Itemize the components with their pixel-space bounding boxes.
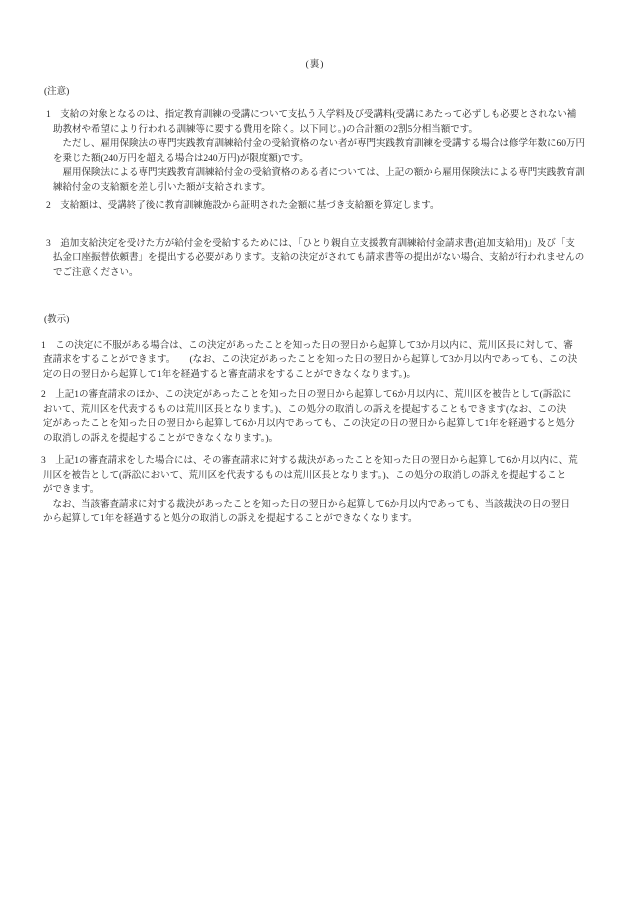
notice-item-1: 1 支給の対象となるのは、指定教育訓練の受講について支払う入学料及び受講料(受講… — [0, 108, 600, 195]
instruction-item-3: 3 上記1の審査請求をした場合には、その審査請求に対する裁決があったことを知った… — [0, 454, 600, 527]
notice-item-3: 3 追加支給決定を受けた方が給付金を受給するためには、「ひとり親自立支援教育訓練… — [0, 237, 600, 281]
notice-item-2: 2 支給額は、受講終了後に教育訓練施設から証明された金額に基づき支給額を算定しま… — [0, 199, 600, 214]
instruction-item-2: 2 上記1の審査請求のほか、この決定があったことを知った日の翌日から起算して6か… — [0, 388, 600, 446]
section-notice-heading: (注意) — [44, 85, 630, 100]
document-page-back: (裏) (注意) 1 支給の対象となるのは、指定教育訓練の受講について支払う入学… — [0, 0, 630, 902]
page-side-label: (裏) — [0, 58, 630, 73]
section-notice: (注意) 1 支給の対象となるのは、指定教育訓練の受講について支払う入学料及び受… — [0, 85, 630, 281]
instruction-item-1: 1 この決定に不服がある場合は、この決定があったことを知った日の翌日から起算して… — [0, 339, 600, 383]
section-instruction: (教示) 1 この決定に不服がある場合は、この決定があったことを知った日の翌日か… — [0, 313, 630, 527]
section-instruction-heading: (教示) — [44, 313, 630, 328]
